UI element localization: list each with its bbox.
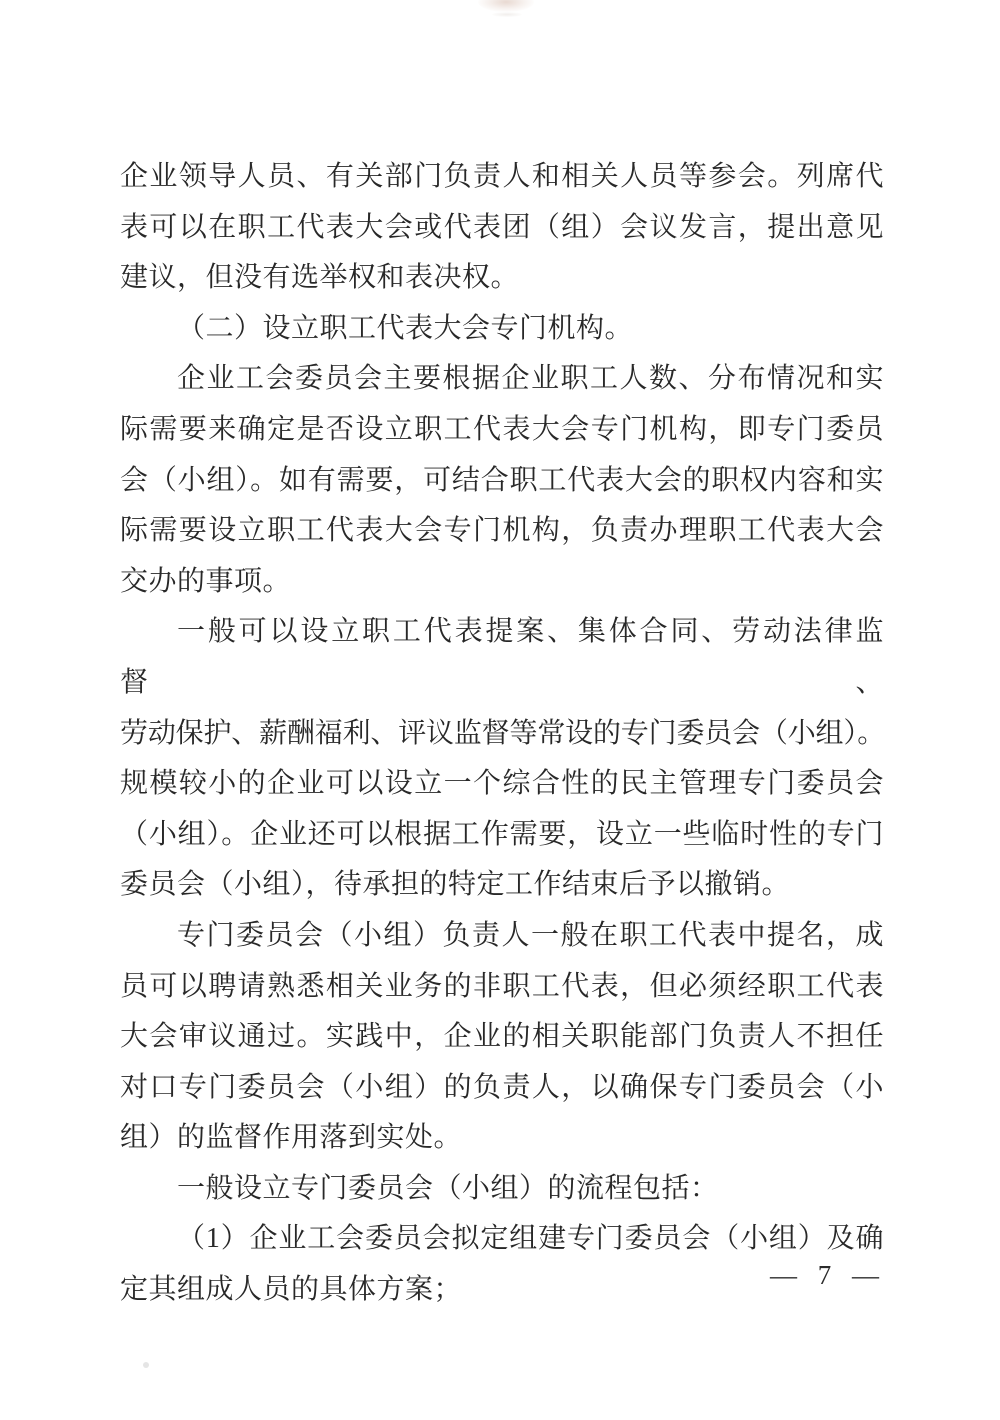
text-line: （小组）。企业还可以根据工作需要，设立一些临时性的专门 bbox=[120, 810, 884, 861]
text-line: 组）的监督作用落到实处。 bbox=[120, 1113, 884, 1164]
text-line: 企业领导人员、有关部门负责人和相关人员等参会。列席代 bbox=[120, 152, 884, 203]
text-line: 表可以在职工代表大会或代表团（组）会议发言，提出意见 bbox=[120, 203, 884, 254]
text-line: 交办的事项。 bbox=[120, 557, 884, 608]
text-line: 际需要设立职工代表大会专门机构，负责办理职工代表大会 bbox=[120, 506, 884, 557]
document-body: 企业领导人员、有关部门负责人和相关人员等参会。列席代 表可以在职工代表大会或代表… bbox=[120, 152, 884, 1316]
list-item-line: （1）企业工会委员会拟定组建专门委员会（小组）及确 bbox=[120, 1214, 884, 1265]
scan-speck bbox=[143, 1362, 149, 1368]
text-line: 企业工会委员会主要根据企业职工人数、分布情况和实 bbox=[120, 354, 884, 405]
text-line: 建议，但没有选举权和表决权。 bbox=[120, 253, 884, 304]
section-heading: （二）设立职工代表大会专门机构。 bbox=[120, 304, 884, 355]
text-line: 际需要来确定是否设立职工代表大会专门机构，即专门委员 bbox=[120, 405, 884, 456]
text-line: 对口专门委员会（小组）的负责人，以确保专门委员会（小 bbox=[120, 1063, 884, 1114]
document-page: 企业领导人员、有关部门负责人和相关人员等参会。列席代 表可以在职工代表大会或代表… bbox=[0, 0, 1000, 1420]
text-line: 规模较小的企业可以设立一个综合性的民主管理专门委员会 bbox=[120, 759, 884, 810]
text-line: 员可以聘请熟悉相关业务的非职工代表，但必须经职工代表 bbox=[120, 962, 884, 1013]
text-line: 委员会（小组），待承担的特定工作结束后予以撤销。 bbox=[120, 860, 884, 911]
text-line: 大会审议通过。实践中，企业的相关职能部门负责人不担任 bbox=[120, 1012, 884, 1063]
scan-smudge-faint bbox=[492, 12, 522, 17]
text-line: 一般可以设立职工代表提案、集体合同、劳动法律监督、 bbox=[120, 607, 884, 708]
text-line: 一般设立专门委员会（小组）的流程包括： bbox=[120, 1164, 884, 1215]
scan-smudge bbox=[478, 0, 534, 12]
text-line: 会（小组）。如有需要，可结合职工代表大会的职权内容和实 bbox=[120, 456, 884, 507]
text-line: 劳动保护、薪酬福利、评议监督等常设的专门委员会（小组）。 bbox=[120, 709, 884, 760]
page-number: — 7 — bbox=[770, 1260, 886, 1291]
text-line: 专门委员会（小组）负责人一般在职工代表中提名，成 bbox=[120, 911, 884, 962]
